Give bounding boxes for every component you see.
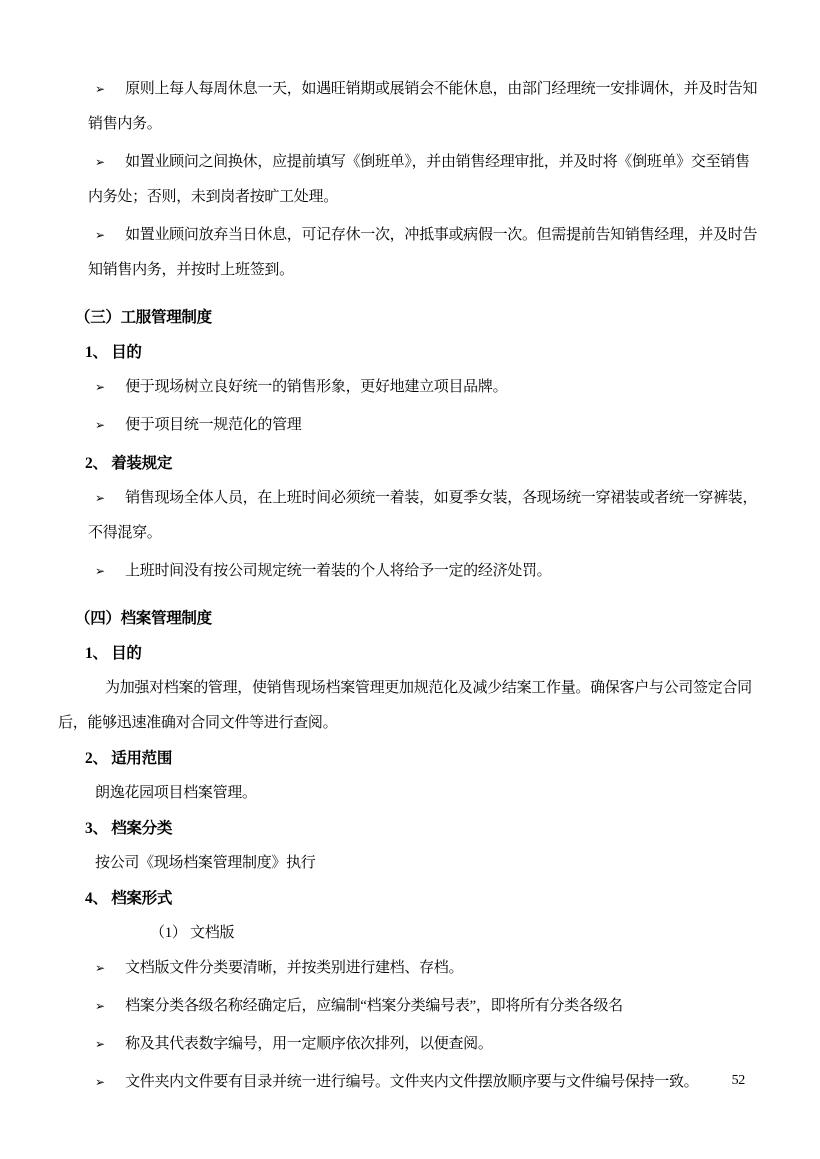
subheading-archive-classification: 3、 档案分类 <box>85 811 760 846</box>
list-item-text: 文件夹内文件要有目录并统一进行编号。文件夹内文件摆放顺序要与文件编号保持一致。 <box>125 1074 698 1090</box>
list-item-text: 便于项目统一规范化的管理 <box>125 417 301 433</box>
list-item-text: 销售现场全体人员，在上班时间必须统一着装，如夏季女装，各现场统一穿裙装或者统一穿… <box>88 490 757 541</box>
page-number: 52 <box>732 1072 745 1090</box>
arrow-bullet-icon: ➢ <box>88 491 125 505</box>
list-item: ➢原则上每人每周休息一天，如遇旺销期或展销会不能休息，由部门经理统一安排调休，并… <box>88 72 760 142</box>
list-item-text: 称及其代表数字编号，用一定顺序依次排列，以便查阅。 <box>125 1036 493 1052</box>
paragraph-archive-purpose: 为加强对档案的管理，使销售现场档案管理更加规范化及减少结案工作量。确保客户与公司… <box>58 671 760 741</box>
list-item-text: 上班时间没有按公司规定统一着装的个人将给予一定的经济处罚。 <box>125 563 551 579</box>
section-heading-uniform-management: （三）工服管理制度 <box>75 300 760 335</box>
document-page: ➢原则上每人每周休息一天，如遇旺销期或展销会不能休息，由部门经理统一安排调休，并… <box>0 0 820 1159</box>
arrow-bullet-icon: ➢ <box>88 1037 125 1051</box>
list-item: ➢便于项目统一规范化的管理 <box>88 408 760 443</box>
arrow-bullet-icon: ➢ <box>88 380 125 394</box>
list-item: ➢如置业顾问之间换休，应提前填写《倒班单》，并由销售经理审批，并及时将《倒班单》… <box>88 145 760 215</box>
arrow-bullet-icon: ➢ <box>88 564 125 578</box>
arrow-bullet-icon: ➢ <box>88 418 125 432</box>
list-item: ➢文档版文件分类要清晰，并按类别进行建档、存档。 <box>88 951 760 986</box>
arrow-bullet-icon: ➢ <box>88 1075 125 1089</box>
arrow-bullet-icon: ➢ <box>88 999 125 1013</box>
list-item: ➢文件夹内文件要有目录并统一进行编号。文件夹内文件摆放顺序要与文件编号保持一致。 <box>88 1065 760 1100</box>
list-item: ➢称及其代表数字编号，用一定顺序依次排列，以便查阅。 <box>88 1027 760 1062</box>
list-item-text: 如置业顾问放弃当日休息，可记存休一次，冲抵事或病假一次。但需提前告知销售经理，并… <box>88 227 757 278</box>
section-heading-archive-management: （四）档案管理制度 <box>75 601 760 636</box>
list-item: ➢便于现场树立良好统一的销售形象，更好地建立项目品牌。 <box>88 370 760 405</box>
list-item: ➢上班时间没有按公司规定统一着装的个人将给予一定的经济处罚。 <box>88 554 760 589</box>
arrow-bullet-icon: ➢ <box>88 228 125 242</box>
list-item-text: 档案分类各级名称经确定后，应编制“档案分类编号表”，即将所有分类各级名 <box>125 998 623 1014</box>
subheading-dress-code: 2、 着装规定 <box>85 446 760 481</box>
list-item-text: 原则上每人每周休息一天，如遇旺销期或展销会不能休息，由部门经理统一安排调休，并及… <box>88 81 757 132</box>
arrow-bullet-icon: ➢ <box>88 82 125 96</box>
list-item: ➢档案分类各级名称经确定后，应编制“档案分类编号表”，即将所有分类各级名 <box>88 989 760 1024</box>
subheading-uniform-purpose: 1、 目的 <box>85 335 760 370</box>
paragraph-archive-classification: 按公司《现场档案管理制度》执行 <box>95 846 760 881</box>
list-item-text: 如置业顾问之间换休，应提前填写《倒班单》，并由销售经理审批，并及时将《倒班单》交… <box>88 154 750 205</box>
subheading-archive-scope: 2、 适用范围 <box>85 741 760 776</box>
arrow-bullet-icon: ➢ <box>88 961 125 975</box>
arrow-bullet-icon: ➢ <box>88 155 125 169</box>
subheading-archive-purpose: 1、 目的 <box>85 636 760 671</box>
list-item-text: 便于现场树立良好统一的销售形象，更好地建立项目品牌。 <box>125 379 507 395</box>
list-item: ➢销售现场全体人员，在上班时间必须统一着装，如夏季女装，各现场统一穿裙装或者统一… <box>88 481 760 551</box>
list-item: ➢如置业顾问放弃当日休息，可记存休一次，冲抵事或病假一次。但需提前告知销售经理，… <box>88 218 760 288</box>
paragraph-archive-scope: 朗逸花园项目档案管理。 <box>95 776 760 811</box>
list-item-text: 文档版文件分类要清晰，并按类别进行建档、存档。 <box>125 960 463 976</box>
subheading-archive-form: 4、 档案形式 <box>85 881 760 916</box>
subheading-document-version: （1） 文档版 <box>150 916 760 951</box>
